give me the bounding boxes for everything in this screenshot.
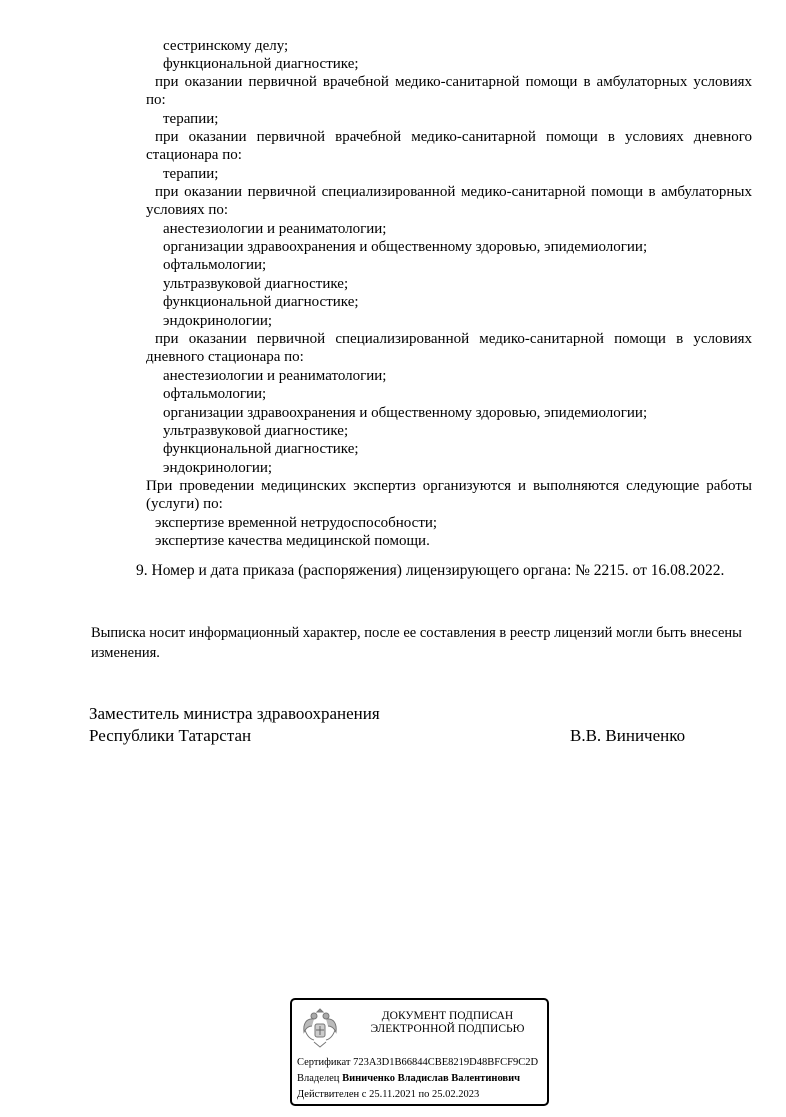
list-item: функциональной диагностике; xyxy=(163,440,359,458)
signatory-position-line2: Республики Татарстан xyxy=(89,725,251,747)
stamp-title-line1: ДОКУМЕНТ ПОДПИСАН xyxy=(352,1010,543,1023)
signatory-name: В.В. Виниченко xyxy=(570,725,685,747)
stamp-validity: Действителен с 25.11.2021 по 25.02.2023 xyxy=(297,1088,479,1101)
stamp-title: ДОКУМЕНТ ПОДПИСАН ЭЛЕКТРОННОЙ ПОДПИСЬЮ xyxy=(352,1010,543,1036)
list-item: экспертизе качества медицинской помощи. xyxy=(155,532,430,550)
list-item: офтальмологии; xyxy=(163,256,266,274)
stamp-owner: Владелец Виниченко Владислав Валентинови… xyxy=(297,1072,520,1085)
stamp-certificate: Сертификат 723A3D1B66844CBE8219D48BFCF9C… xyxy=(297,1056,538,1069)
list-item: ультразвуковой диагностике; xyxy=(163,422,348,440)
list-item: организации здравоохранения и общественн… xyxy=(163,404,647,422)
owner-value: Виниченко Владислав Валентинович xyxy=(342,1073,520,1084)
list-item: эндокринологии; xyxy=(163,459,272,477)
paragraph-ambulatory-primary: при оказании первичной врачебной медико-… xyxy=(146,73,752,110)
info-note: Выписка носит информационный характер, п… xyxy=(91,623,751,663)
list-item: ультразвуковой диагностике; xyxy=(163,275,348,293)
list-item: терапии; xyxy=(163,110,218,128)
list-item: анестезиологии и реаниматологии; xyxy=(163,367,386,385)
list-item: офтальмологии; xyxy=(163,385,266,403)
list-item: экспертизе временной нетрудоспособности; xyxy=(155,514,437,532)
list-item: анестезиологии и реаниматологии; xyxy=(163,220,386,238)
paragraph-ambulatory-specialized: при оказании первичной специализированно… xyxy=(146,183,752,220)
order-number-item: 9. Номер и дата приказа (распоряжения) л… xyxy=(136,562,724,580)
list-item: эндокринологии; xyxy=(163,312,272,330)
paragraph-day-hospital-specialized: при оказании первичной специализированно… xyxy=(146,330,752,367)
signatory-position-line1: Заместитель министра здравоохранения xyxy=(89,703,380,725)
list-item: организации здравоохранения и общественн… xyxy=(163,238,647,256)
certificate-label: Сертификат xyxy=(297,1057,350,1068)
stamp-title-line2: ЭЛЕКТРОННОЙ ПОДПИСЬЮ xyxy=(352,1023,543,1036)
list-item: функциональной диагностике; xyxy=(163,293,359,311)
list-item: сестринскому делу; xyxy=(163,37,288,55)
electronic-signature-stamp: ДОКУМЕНТ ПОДПИСАН ЭЛЕКТРОННОЙ ПОДПИСЬЮ С… xyxy=(290,998,549,1106)
list-item: терапии; xyxy=(163,165,218,183)
certificate-value: 723A3D1B66844CBE8219D48BFCF9C2D xyxy=(353,1057,538,1068)
owner-label: Владелец xyxy=(297,1073,339,1084)
list-item: функциональной диагностике; xyxy=(163,55,359,73)
paragraph-expertise: При проведении медицинских экспертиз орг… xyxy=(146,477,752,514)
coat-of-arms-icon xyxy=(300,1006,340,1050)
paragraph-day-hospital-primary: при оказании первичной врачебной медико-… xyxy=(146,128,752,165)
